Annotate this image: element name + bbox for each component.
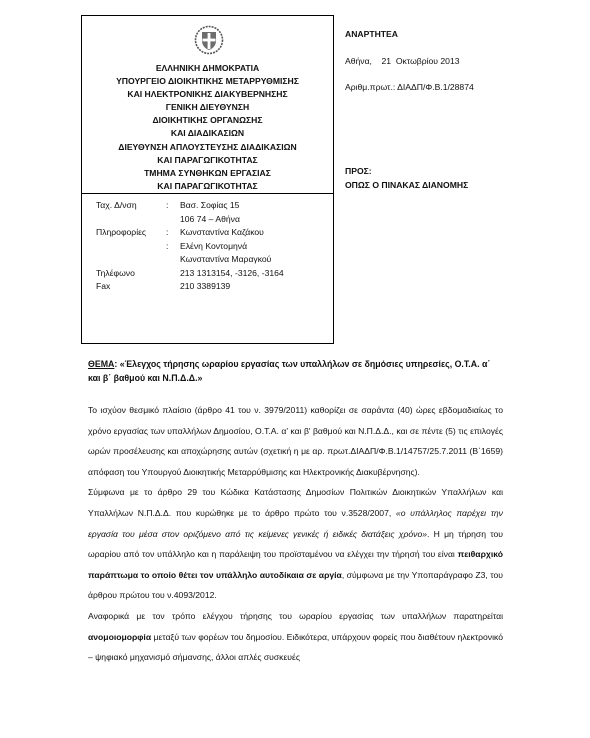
document-page: ΕΛΛΗΝΙΚΗ ΔΗΜΟΚΡΑΤΙΑ ΥΠΟΥΡΓΕΙΟ ΔΙΟΙΚΗΤΙΚΗ…	[0, 0, 590, 738]
contact-separator	[166, 267, 180, 281]
contact-row-information-2: : Ελένη Κοντομηνά	[96, 240, 284, 254]
contact-label: Fax	[96, 280, 166, 294]
contact-value: Κωνσταντίνα Μαραγκού	[180, 253, 271, 267]
contact-row-information-3: Κωνσταντίνα Μαραγκού	[96, 253, 284, 267]
letterhead-divider	[82, 193, 333, 194]
body-paragraph-1: Το ισχύον θεσμικό πλαίσιο (άρθρο 41 του …	[88, 400, 503, 482]
contact-separator: :	[166, 226, 180, 240]
contact-value: 213 1313154, -3126, -3164	[180, 267, 284, 281]
contact-label: Ταχ. Δ/νση	[96, 199, 166, 213]
authority-line: ΔΙΕΥΘΥΝΣΗ ΑΠΛΟΥΣΤΕΥΣΗΣ ΔΙΑΔΙΚΑΣΙΩΝ	[82, 141, 333, 154]
recipient-label: ΠΡΟΣ:	[345, 166, 372, 176]
contact-label: Τηλέφωνο	[96, 267, 166, 281]
body-paragraph-3: Αναφορικά με τον τρόπο ελέγχου τήρησης τ…	[88, 606, 503, 668]
authority-line: ΓΕΝΙΚΗ ΔΙΕΥΘΥΝΣΗ	[82, 101, 333, 114]
greek-coat-of-arms-icon	[194, 25, 224, 55]
authority-line: ΔΙΟΙΚΗΤΙΚΗΣ ΟΡΓΑΝΩΣΗΣ	[82, 114, 333, 127]
contact-separator	[166, 213, 180, 227]
letter-body: Το ισχύον θεσμικό πλαίσιο (άρθρο 41 του …	[88, 400, 503, 668]
authority-line: ΤΜΗΜΑ ΣΥΝΘΗΚΩΝ ΕΡΓΑΣΙΑΣ	[82, 167, 333, 180]
contact-row-address: Ταχ. Δ/νση : Βασ. Σοφίας 15	[96, 199, 284, 213]
contact-label	[96, 240, 166, 254]
contact-label	[96, 253, 166, 267]
contact-separator: :	[166, 199, 180, 213]
contact-row-information: Πληροφορίες : Κωνσταντίνα Καζάκου	[96, 226, 284, 240]
subject-text: : «Έλεγχος τήρησης ωραρίου εργασίας των …	[88, 359, 490, 383]
contact-details: Ταχ. Δ/νση : Βασ. Σοφίας 15 106 74 – Αθή…	[96, 199, 284, 294]
subject-label: ΘΕΜΑ	[88, 359, 114, 369]
document-date: Αθήνα, 21 Οκτωβρίου 2013	[345, 56, 460, 66]
authority-line: ΚΑΙ ΗΛΕΚΤΡΟΝΙΚΗΣ ΔΙΑΚΥΒΕΡΝΗΣΗΣ	[82, 88, 333, 101]
emphasized-text: ανομοιομορφία	[88, 632, 151, 642]
paragraph-text: μεταξύ των φορέων του δημοσίου. Ειδικότε…	[88, 632, 503, 663]
letterhead-box: ΕΛΛΗΝΙΚΗ ΔΗΜΟΚΡΑΤΙΑ ΥΠΟΥΡΓΕΙΟ ΔΙΟΙΚΗΤΙΚΗ…	[81, 15, 334, 344]
contact-value: Ελένη Κοντομηνά	[180, 240, 247, 254]
contact-value: Κωνσταντίνα Καζάκου	[180, 226, 264, 240]
contact-row-postcode: 106 74 – Αθήνα	[96, 213, 284, 227]
authority-line: ΚΑΙ ΔΙΑΔΙΚΑΣΙΩΝ	[82, 127, 333, 140]
contact-separator	[166, 253, 180, 267]
issuing-authority: ΕΛΛΗΝΙΚΗ ΔΗΜΟΚΡΑΤΙΑ ΥΠΟΥΡΓΕΙΟ ΔΙΟΙΚΗΤΙΚΗ…	[82, 62, 333, 193]
contact-separator	[166, 280, 180, 294]
contact-separator: :	[166, 240, 180, 254]
authority-line: ΚΑΙ ΠΑΡΑΓΩΓΙΚΟΤΗΤΑΣ	[82, 180, 333, 193]
contact-label: Πληροφορίες	[96, 226, 166, 240]
subject-line: ΘΕΜΑ: «Έλεγχος τήρησης ωραρίου εργασίας …	[88, 357, 503, 385]
recipient-value: ΟΠΩΣ Ο ΠΙΝΑΚΑΣ ΔΙΑΝΟΜΗΣ	[345, 180, 468, 190]
contact-row-fax: Fax 210 3389139	[96, 280, 284, 294]
contact-value: 106 74 – Αθήνα	[180, 213, 240, 227]
paragraph-text: Αναφορικά με τον τρόπο ελέγχου τήρησης τ…	[88, 611, 503, 621]
authority-line: ΥΠΟΥΡΓΕΙΟ ΔΙΟΙΚΗΤΙΚΗΣ ΜΕΤΑΡΡΥΘΜΙΣΗΣ	[82, 75, 333, 88]
authority-line: ΕΛΛΗΝΙΚΗ ΔΗΜΟΚΡΑΤΙΑ	[82, 62, 333, 75]
contact-value: 210 3389139	[180, 280, 230, 294]
body-paragraph-2: Σύμφωνα με το άρθρο 29 του Κώδικα Κατάστ…	[88, 482, 503, 606]
contact-row-phone: Τηλέφωνο 213 1313154, -3126, -3164	[96, 267, 284, 281]
posting-annotation: ΑΝΑΡΤΗΤΕΑ	[345, 29, 398, 39]
contact-label	[96, 213, 166, 227]
contact-value: Βασ. Σοφίας 15	[180, 199, 239, 213]
authority-line: ΚΑΙ ΠΑΡΑΓΩΓΙΚΟΤΗΤΑΣ	[82, 154, 333, 167]
protocol-number: Αριθμ.πρωτ.: ΔΙΑΔΠ/Φ.Β.1/28874	[345, 82, 474, 92]
